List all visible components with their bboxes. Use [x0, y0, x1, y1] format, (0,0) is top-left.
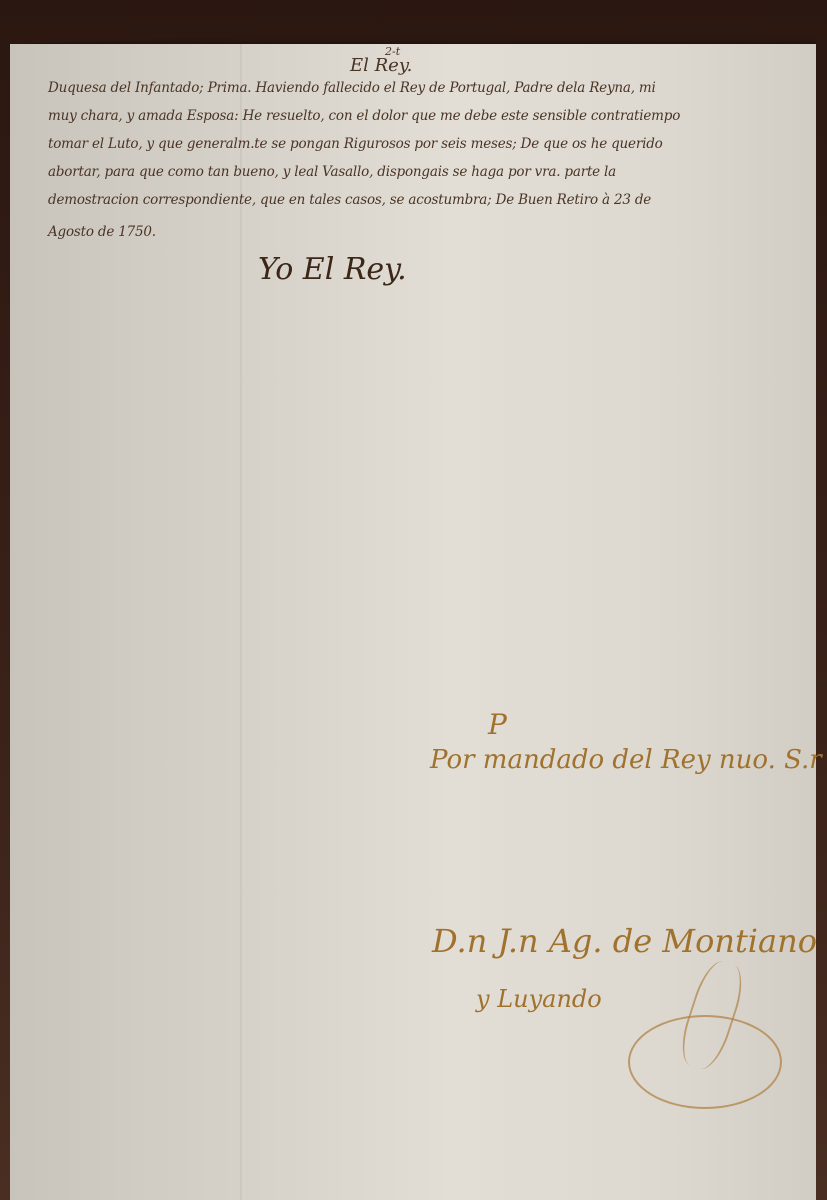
secretary-signature-line2: y Luyando — [476, 985, 602, 1013]
body-line: tomar el Luto, y que generalm.te se pong… — [48, 136, 663, 152]
countersign-line: Por mandado del Rey nuo. S.r — [430, 745, 822, 775]
paper-fold-line — [240, 44, 242, 1200]
body-line: Agosto de 1750. — [48, 224, 156, 240]
secretary-signature-line1: D.n J.n Ag. de Montiano — [432, 922, 817, 960]
countersign-mark: P — [488, 708, 507, 741]
king-signature: Yo El Rey. — [258, 252, 407, 287]
body-line: muy chara, y amada Esposa: He resuelto, … — [48, 108, 680, 124]
body-line: demostracion correspondiente, que en tal… — [48, 192, 651, 208]
body-line: Duquesa del Infantado; Prima. Haviendo f… — [48, 80, 656, 96]
body-line: abortar, para que como tan bueno, y leal… — [48, 164, 616, 180]
letter-heading: El Rey. — [350, 55, 412, 76]
